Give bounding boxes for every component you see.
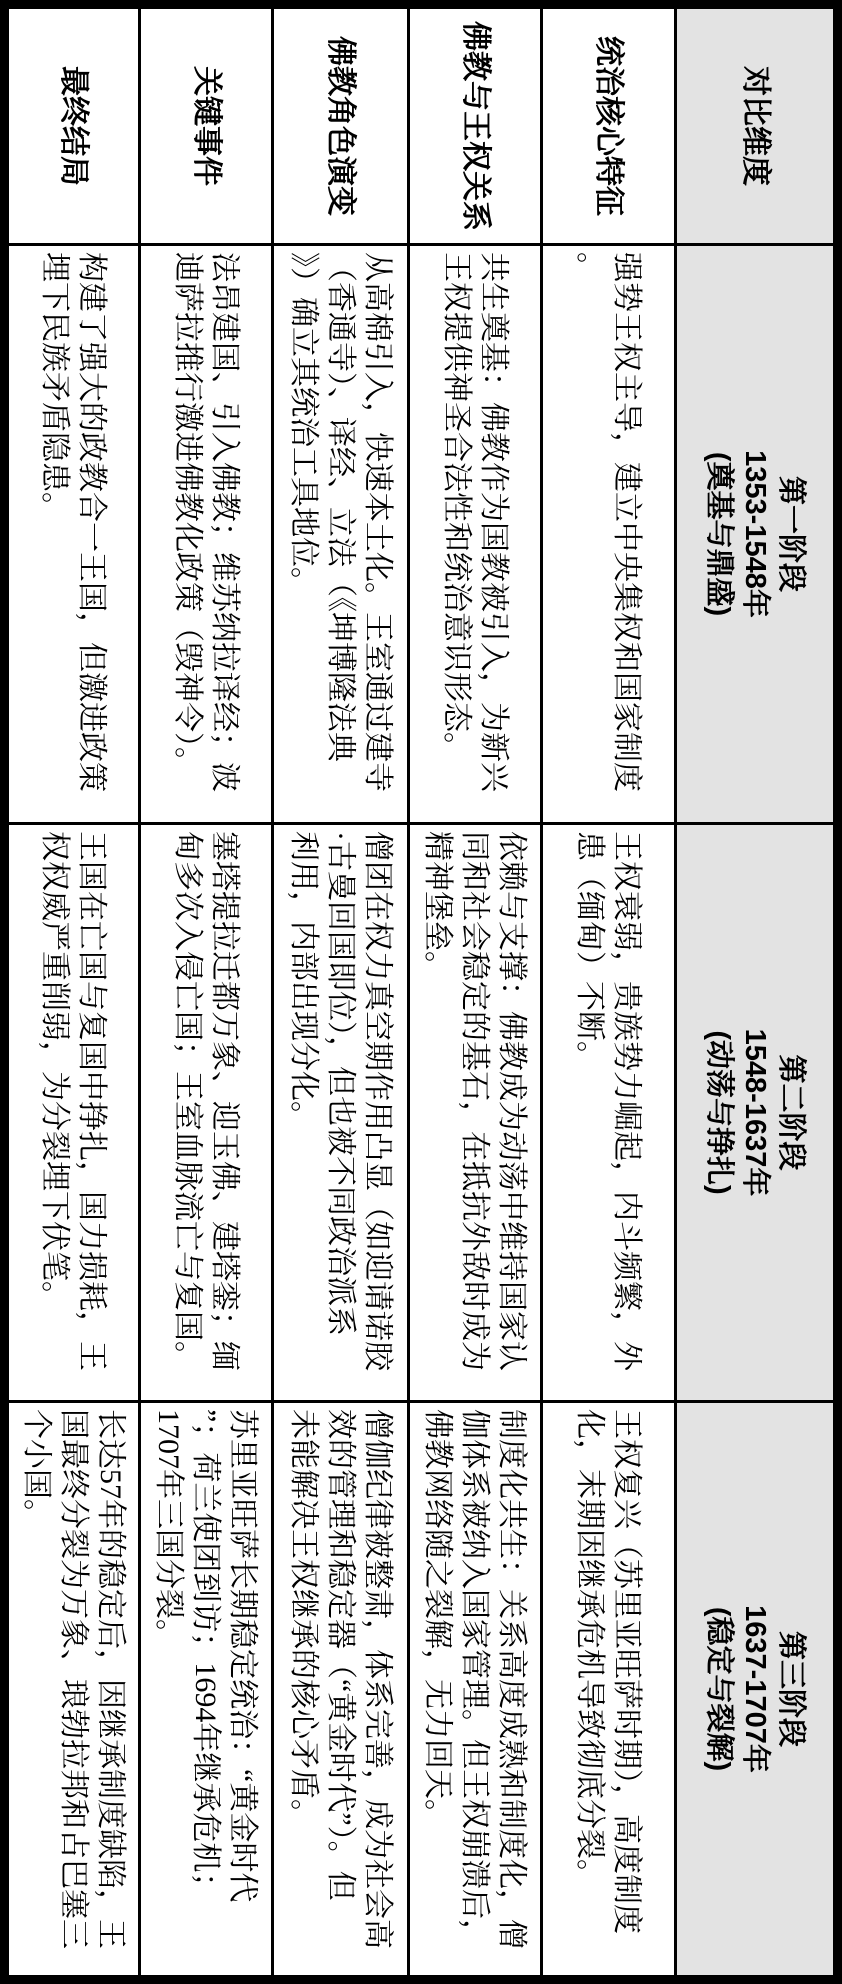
stage-1-heading: 第一阶段 1353-1548年 (奠基与鼎盛) — [701, 450, 809, 618]
header-cell-stage-2: 第二阶段 1548-1637年 (动荡与挣扎) — [677, 825, 833, 1400]
row-label-key-events: 关键事件 — [141, 9, 271, 243]
cell-text: 王权衰弱，贵族势力崛起，内斗频繁，外 患（缅甸）不断。 — [572, 831, 646, 1371]
stage-2-years: 1548-1637年 — [737, 1029, 773, 1197]
cell-outcome-stage-1: 构建了强大的政教合一王国，但激进政策 埋下民族矛盾隐患。 — [9, 246, 138, 822]
cell-buddhism-role-stage-1: 从高棉引入，快速本土化。王室通过建寺 （香通寺）、译经、立法（《坤博隆法典 》）… — [274, 246, 407, 822]
cell-text: 王国在亡国与复国中挣扎，国力损耗，王 权权威严重削弱，为分裂埋下伏笔。 — [37, 831, 111, 1371]
header-cell-dimension: 对比维度 — [677, 9, 833, 243]
stage-2-subtitle: (动荡与挣扎) — [701, 1030, 737, 1194]
cell-text: 苏里亚旺萨长期稳定统治：“黄金时代 ”；荷兰使团到访；1694年继承危机； 17… — [151, 1409, 262, 1902]
cell-text: 塞塔提拉迁都万象、迎玉佛、建塔銮；缅 甸多次入侵亡国；王室血脉流亡与复国。 — [169, 831, 243, 1371]
cell-text: 构建了强大的政教合一王国，但激进政策 埋下民族矛盾隐患。 — [37, 252, 111, 792]
stage-1-label: 第一阶段 — [773, 476, 809, 592]
header-dimension-label: 对比维度 — [737, 66, 773, 186]
stage-3-years: 1637-1707年 — [737, 1605, 773, 1773]
cell-buddhism-kingship-stage-1: 共生奠基：佛教作为国教被引入，为新兴 王权提供神圣合法性和统治意识形态。 — [410, 246, 540, 822]
stage-1-subtitle: (奠基与鼎盛) — [701, 452, 737, 616]
header-cell-stage-1: 第一阶段 1353-1548年 (奠基与鼎盛) — [677, 246, 833, 822]
row-label-governance: 统治核心特征 — [543, 9, 674, 243]
cell-text: 僧伽纪律被整肃，体系完善，成为社会高 效的管理和稳定器（“黄金时代”）。但 未能… — [285, 1409, 396, 1949]
stage-2-heading: 第二阶段 1548-1637年 (动荡与挣扎) — [701, 1029, 809, 1197]
cell-governance-stage-2: 王权衰弱，贵族势力崛起，内斗频繁，外 患（缅甸）不断。 — [543, 825, 674, 1400]
dimension-label: 关键事件 — [188, 66, 224, 186]
dimension-label: 统治核心特征 — [591, 36, 627, 216]
stage-3-subtitle: (稳定与裂解) — [701, 1607, 737, 1771]
cell-governance-stage-1: 强势王权主导，建立中央集权和国家制度 。 — [543, 246, 674, 822]
cell-outcome-stage-3: 长达57年的稳定后，因继承制度缺陷，王 国最终分裂为万象、琅勃拉邦和占巴塞三 个… — [9, 1403, 138, 1975]
comparison-table: 对比维度 第一阶段 1353-1548年 (奠基与鼎盛) 第二阶段 1548-1… — [0, 0, 842, 1984]
header-cell-stage-3: 第三阶段 1637-1707年 (稳定与裂解) — [677, 1403, 833, 1975]
cell-text: 依赖与支撑：佛教成为动荡中维持国家认 同和社会稳定的基石，在抵抗外敌时成为 精神… — [420, 831, 531, 1371]
cell-text: 僧团在权力真空期作用凸显（如迎请诺胶 ·古曼回国即位），但也被不同政治派系 利用… — [285, 831, 396, 1371]
row-label-outcome: 最终结局 — [9, 9, 138, 243]
cell-text: 从高棉引入，快速本土化。王室通过建寺 （香通寺）、译经、立法（《坤博隆法典 》）… — [285, 252, 396, 792]
cell-key-events-stage-3: 苏里亚旺萨长期稳定统治：“黄金时代 ”；荷兰使团到访；1694年继承危机； 17… — [141, 1403, 271, 1975]
cell-buddhism-role-stage-2: 僧团在权力真空期作用凸显（如迎请诺胶 ·古曼回国即位），但也被不同政治派系 利用… — [274, 825, 407, 1400]
row-label-buddhism-kingship: 佛教与王权关系 — [410, 9, 540, 243]
cell-key-events-stage-2: 塞塔提拉迁都万象、迎玉佛、建塔銮；缅 甸多次入侵亡国；王室血脉流亡与复国。 — [141, 825, 271, 1400]
dimension-label: 佛教角色演变 — [323, 36, 359, 216]
rotated-page: 对比维度 第一阶段 1353-1548年 (奠基与鼎盛) 第二阶段 1548-1… — [0, 0, 842, 1984]
row-label-buddhism-role: 佛教角色演变 — [274, 9, 407, 243]
cell-key-events-stage-1: 法昂建国、引入佛教；维苏纳拉译经；波 迪萨拉推行激进佛教化政策（毁神令）。 — [141, 246, 271, 822]
cell-text: 长达57年的稳定后，因继承制度缺陷，王 国最终分裂为万象、琅勃拉邦和占巴塞三 个… — [18, 1409, 129, 1949]
cell-buddhism-kingship-stage-2: 依赖与支撑：佛教成为动荡中维持国家认 同和社会稳定的基石，在抵抗外敌时成为 精神… — [410, 825, 540, 1400]
cell-text: 法昂建国、引入佛教；维苏纳拉译经；波 迪萨拉推行激进佛教化政策（毁神令）。 — [169, 252, 243, 792]
cell-text: 共生奠基：佛教作为国教被引入，为新兴 王权提供神圣合法性和统治意识形态。 — [438, 252, 512, 792]
cell-text: 强势王权主导，建立中央集权和国家制度 。 — [572, 252, 646, 792]
cell-buddhism-role-stage-3: 僧伽纪律被整肃，体系完善，成为社会高 效的管理和稳定器（“黄金时代”）。但 未能… — [274, 1403, 407, 1975]
cell-text: 王权复兴（苏里亚旺萨时期），高度制度 化，末期因继承危机导致彻底分裂。 — [572, 1409, 646, 1934]
dimension-label: 最终结局 — [56, 66, 92, 186]
cell-buddhism-kingship-stage-3: 制度化共生：关系高度成熟和制度化，僧 伽体系被纳入国家管理。但王权崩溃后， 佛教… — [410, 1403, 540, 1975]
stage-3-heading: 第三阶段 1637-1707年 (稳定与裂解) — [701, 1605, 809, 1773]
dimension-label: 佛教与王权关系 — [457, 21, 493, 231]
cell-text: 制度化共生：关系高度成熟和制度化，僧 伽体系被纳入国家管理。但王权崩溃后， 佛教… — [420, 1409, 531, 1949]
stage-2-label: 第二阶段 — [773, 1054, 809, 1170]
stage-1-years: 1353-1548年 — [737, 450, 773, 618]
cell-outcome-stage-2: 王国在亡国与复国中挣扎，国力损耗，王 权权威严重削弱，为分裂埋下伏笔。 — [9, 825, 138, 1400]
stage-3-label: 第三阶段 — [773, 1631, 809, 1747]
cell-governance-stage-3: 王权复兴（苏里亚旺萨时期），高度制度 化，末期因继承危机导致彻底分裂。 — [543, 1403, 674, 1975]
